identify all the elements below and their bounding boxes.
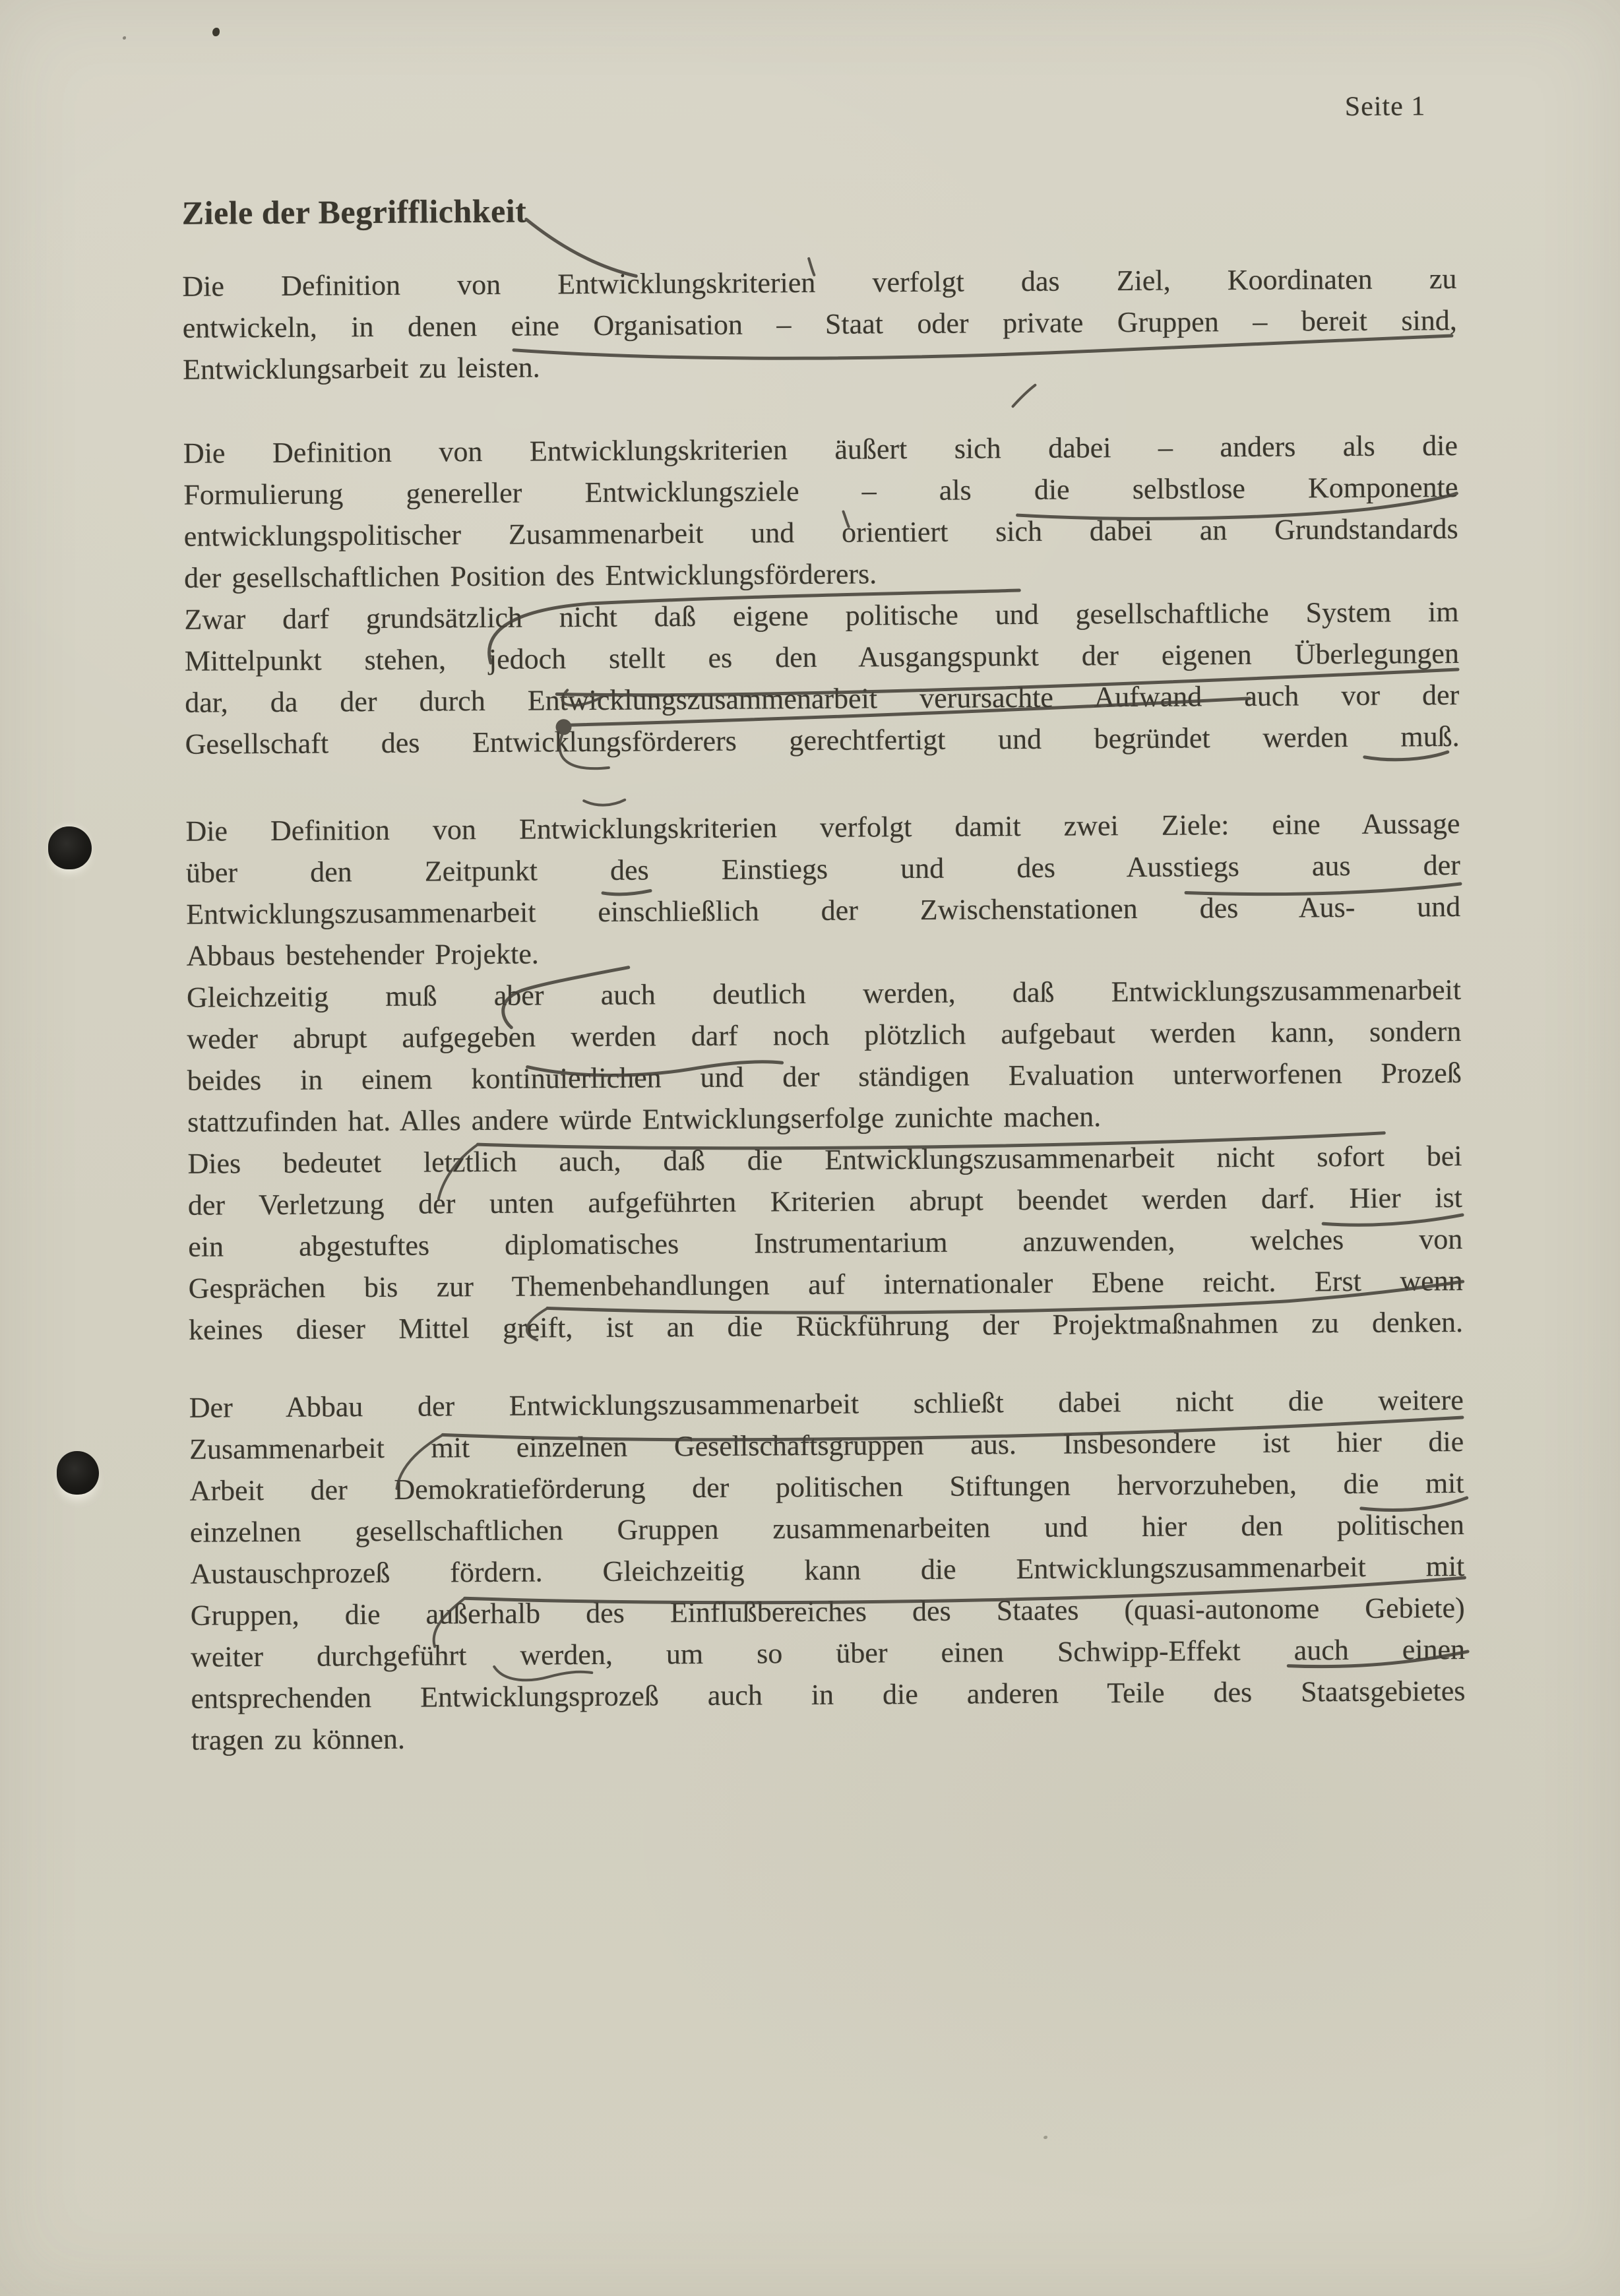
paragraph-3: Die Definition von Entwicklungskriterien… bbox=[185, 803, 1463, 1351]
text-line: Entwicklungsarbeit zu leisten. bbox=[183, 341, 1457, 390]
text-line: Abbaus bestehender Projekte. bbox=[186, 927, 1460, 977]
text-line: einzelnen gesellschaftlichen Gruppen zus… bbox=[190, 1504, 1464, 1553]
page-number-label: Seite 1 bbox=[1345, 86, 1426, 128]
text-line: Die Definition von Entwicklungskriterien… bbox=[183, 425, 1458, 474]
text-line: Die Definition von Entwicklungskriterien… bbox=[182, 258, 1456, 307]
text-line: Formulierung genereller Entwicklungsziel… bbox=[183, 466, 1458, 516]
text-line: Der Abbau der Entwicklungszusammenarbeit… bbox=[189, 1379, 1464, 1429]
text-line: Dies bedeutet letztlich auch, daß die En… bbox=[187, 1135, 1462, 1185]
text-line: über den Zeitpunkt des Einstiegs und des… bbox=[186, 844, 1460, 894]
document-title: Ziele der Begrifflichkeit bbox=[182, 191, 527, 234]
text-line: stattzufinden hat. Alles andere würde En… bbox=[187, 1094, 1462, 1143]
text-line: entsprechenden Entwicklungsprozeß auch i… bbox=[191, 1670, 1465, 1720]
text-line: Die Definition von Entwicklungskriterien… bbox=[185, 803, 1460, 852]
text-line: weiter durchgeführt werden, um so über e… bbox=[191, 1629, 1465, 1678]
paragraph-4: Der Abbau der Entwicklungszusammenarbeit… bbox=[189, 1379, 1466, 1761]
hole-punch-bottom bbox=[57, 1451, 99, 1495]
text-line: Zwar darf grundsätzlich nicht daß eigene… bbox=[184, 591, 1458, 640]
text-line: tragen zu können. bbox=[191, 1712, 1466, 1761]
hole-punch-top bbox=[48, 826, 92, 869]
text-line: dar, da der durch Entwicklungszusammenar… bbox=[185, 674, 1459, 724]
pen-tail-end bbox=[584, 800, 625, 805]
text-line: Mittelpunkt stehen, jedoch stellt es den… bbox=[185, 633, 1459, 682]
paragraph-2: Die Definition von Entwicklungskriterien… bbox=[183, 425, 1460, 765]
text-line: weder abrupt aufgegeben werden darf noch… bbox=[187, 1010, 1461, 1060]
text-line: Arbeit der Demokratieförderung der polit… bbox=[189, 1462, 1464, 1512]
text-line: Entwicklungszusammenarbeit einschließlic… bbox=[186, 886, 1460, 935]
text-line: Zusammenarbeit mit einzelnen Gesellschaf… bbox=[189, 1421, 1464, 1470]
text-line: der gesellschaftlichen Position des Entw… bbox=[184, 549, 1458, 599]
text-line: entwicklungspolitischer Zusammenarbeit u… bbox=[184, 508, 1458, 557]
text-line: beides in einem kontinuierlichen und der… bbox=[187, 1052, 1462, 1101]
text-line: Gleichzeitig muß aber auch deutlich werd… bbox=[187, 969, 1461, 1018]
text-line: Gesprächen bis zur Themenbehandlungen au… bbox=[189, 1260, 1463, 1309]
text-line: keines dieser Mittel greift, ist an die … bbox=[189, 1301, 1463, 1351]
text-line: Austauschprozeß fördern. Gleichzeitig ka… bbox=[190, 1545, 1464, 1595]
text-line: Gesellschaft des Entwicklungsförderers g… bbox=[185, 716, 1459, 765]
text-line: Gruppen, die außerhalb des Einflußbereic… bbox=[191, 1587, 1465, 1636]
pen-slash-mark bbox=[1012, 385, 1035, 406]
text-line: entwickeln, in denen eine Organisation –… bbox=[183, 299, 1457, 349]
text-line: ein abgestuftes diplomatisches Instrumen… bbox=[188, 1218, 1462, 1268]
page-content: Seite 1 Ziele der Begrifflichkeit Die De… bbox=[0, 0, 1620, 2296]
scanned-document-page: Seite 1 Ziele der Begrifflichkeit Die De… bbox=[0, 0, 1620, 2296]
paragraph-1: Die Definition von Entwicklungskriterien… bbox=[182, 258, 1457, 390]
text-line: der Verletzung der unten aufgeführten Kr… bbox=[188, 1177, 1462, 1226]
